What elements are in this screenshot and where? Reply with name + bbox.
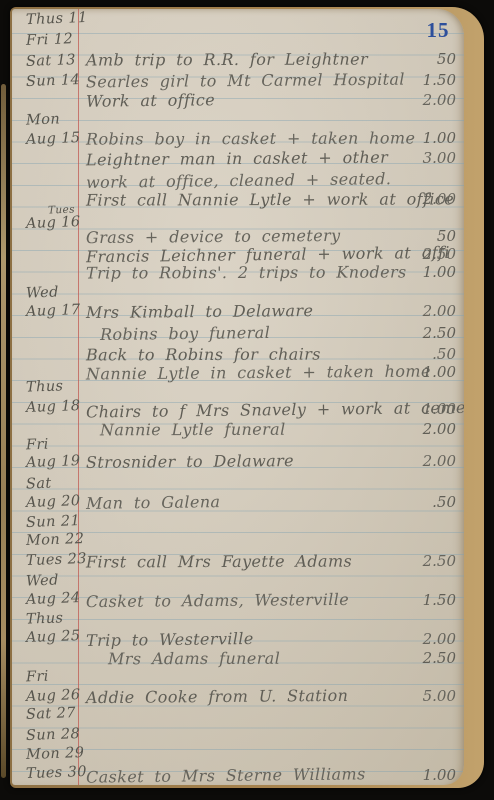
entry-amount: 2.00 <box>410 190 456 208</box>
entry-amount: 1.00 <box>410 263 456 281</box>
date-label: Sat 13 <box>26 52 76 70</box>
entry-amount: 2.00 <box>410 302 456 320</box>
book-page-edges: 15 Thus 11Fri 12Sat 13Sun 14MonAug 15Tue… <box>10 7 484 788</box>
red-margin-line <box>78 9 79 785</box>
entry-amount: 2.50 <box>410 245 456 263</box>
entry-amount: 50 <box>410 50 456 68</box>
date-label: Aug 18 <box>26 398 81 416</box>
entry-description: Robins boy in casket + taken home <box>86 128 415 148</box>
date-label: Mon <box>26 111 61 128</box>
date-label: Sat 27 <box>26 705 76 723</box>
entry-amount: 2.00 <box>410 91 456 109</box>
date-label: Thus <box>26 610 64 627</box>
date-label: Wed <box>26 572 59 589</box>
page-number: 15 <box>416 18 460 43</box>
entry-description: Casket to Mrs Sterne Williams <box>86 764 366 785</box>
entry-description: Amb trip to R.R. for Leightner <box>86 50 368 70</box>
entry-description: Leightner man in casket + other <box>86 148 388 170</box>
date-label: Sat <box>26 476 52 493</box>
date-label: Aug 26 <box>26 687 81 705</box>
entry-amount: 1.00 <box>410 400 456 418</box>
date-label: Sun 28 <box>26 726 81 744</box>
entry-description: Man to Galena <box>86 492 221 513</box>
date-label: Fri <box>26 437 49 454</box>
date-label: Aug 20 <box>26 493 81 511</box>
date-label: Aug 16 <box>26 214 81 232</box>
entry-amount: 1.50 <box>410 591 456 609</box>
entry-amount: 1.00 <box>410 129 456 147</box>
entry-amount: .50 <box>410 493 456 511</box>
entry-description: Searles girl to Mt Carmel Hospital <box>86 70 405 92</box>
entry-description: First call Mrs Fayette Adams <box>86 552 352 572</box>
date-label: Aug 25 <box>26 628 81 646</box>
date-label: Mon 22 <box>26 531 85 549</box>
entry-amount: 5.00 <box>410 687 456 705</box>
entry-amount: 2.00 <box>410 630 456 648</box>
entry-amount: 1.00 <box>410 766 456 784</box>
date-label: Aug 19 <box>26 453 81 471</box>
entry-description: First call Nannie Lytle + work at office <box>86 189 454 209</box>
entry-amount: 2.50 <box>410 649 456 667</box>
entry-amount: 1.50 <box>410 71 456 89</box>
date-label: Wed <box>26 284 59 301</box>
entry-description: Nannie Lytle funeral <box>100 420 286 440</box>
date-label: Aug 24 <box>26 590 81 608</box>
date-label: Tues 30 <box>26 764 87 782</box>
date-label: Sun 21 <box>26 513 81 531</box>
entry-description: Trip to Westerville <box>86 629 254 650</box>
date-label: Aug 15 <box>26 130 81 148</box>
entry-description: Trip to Robins'. 2 trips to Knoders <box>86 262 407 282</box>
entry-description: work at office, cleaned + seated. <box>86 169 392 192</box>
date-label: Fri <box>26 669 49 686</box>
ledger-page: 15 Thus 11Fri 12Sat 13Sun 14MonAug 15Tue… <box>12 9 464 785</box>
date-label: Aug 17 <box>26 302 81 320</box>
entry-description: Back to Robins for chairs <box>86 345 321 365</box>
entry-description: Mrs Adams funeral <box>108 649 280 669</box>
entry-description: Work at office <box>86 90 215 111</box>
entry-amount: 2.50 <box>410 324 456 342</box>
date-label: Mon 29 <box>26 745 85 763</box>
entry-description: Nannie Lytle in casket + taken home <box>86 361 431 383</box>
entry-amount: 3.00 <box>410 149 456 167</box>
entry-description: Robins boy funeral <box>100 323 270 344</box>
entry-amount: 1.00 <box>410 363 456 381</box>
date-label: Fri 12 <box>26 31 74 49</box>
ledger-photo: 15 Thus 11Fri 12Sat 13Sun 14MonAug 15Tue… <box>0 0 494 800</box>
date-label: Thus 11 <box>26 10 88 28</box>
date-label: Tues 23 <box>26 551 87 569</box>
entry-amount: .50 <box>410 345 456 363</box>
entry-amount: 2.00 <box>410 452 456 470</box>
left-page-edge <box>1 84 6 778</box>
entry-amount: 2.00 <box>410 420 456 438</box>
date-label: Thus <box>26 378 64 395</box>
entry-description: Addie Cooke from U. Station <box>86 686 348 707</box>
entry-description: Casket to Adams, Westerville <box>86 590 349 611</box>
entry-description: Strosnider to Delaware <box>86 451 294 472</box>
date-label: Sun 14 <box>26 72 81 90</box>
entry-amount: 2.50 <box>410 552 456 570</box>
entry-description: Mrs Kimball to Delaware <box>86 301 313 322</box>
